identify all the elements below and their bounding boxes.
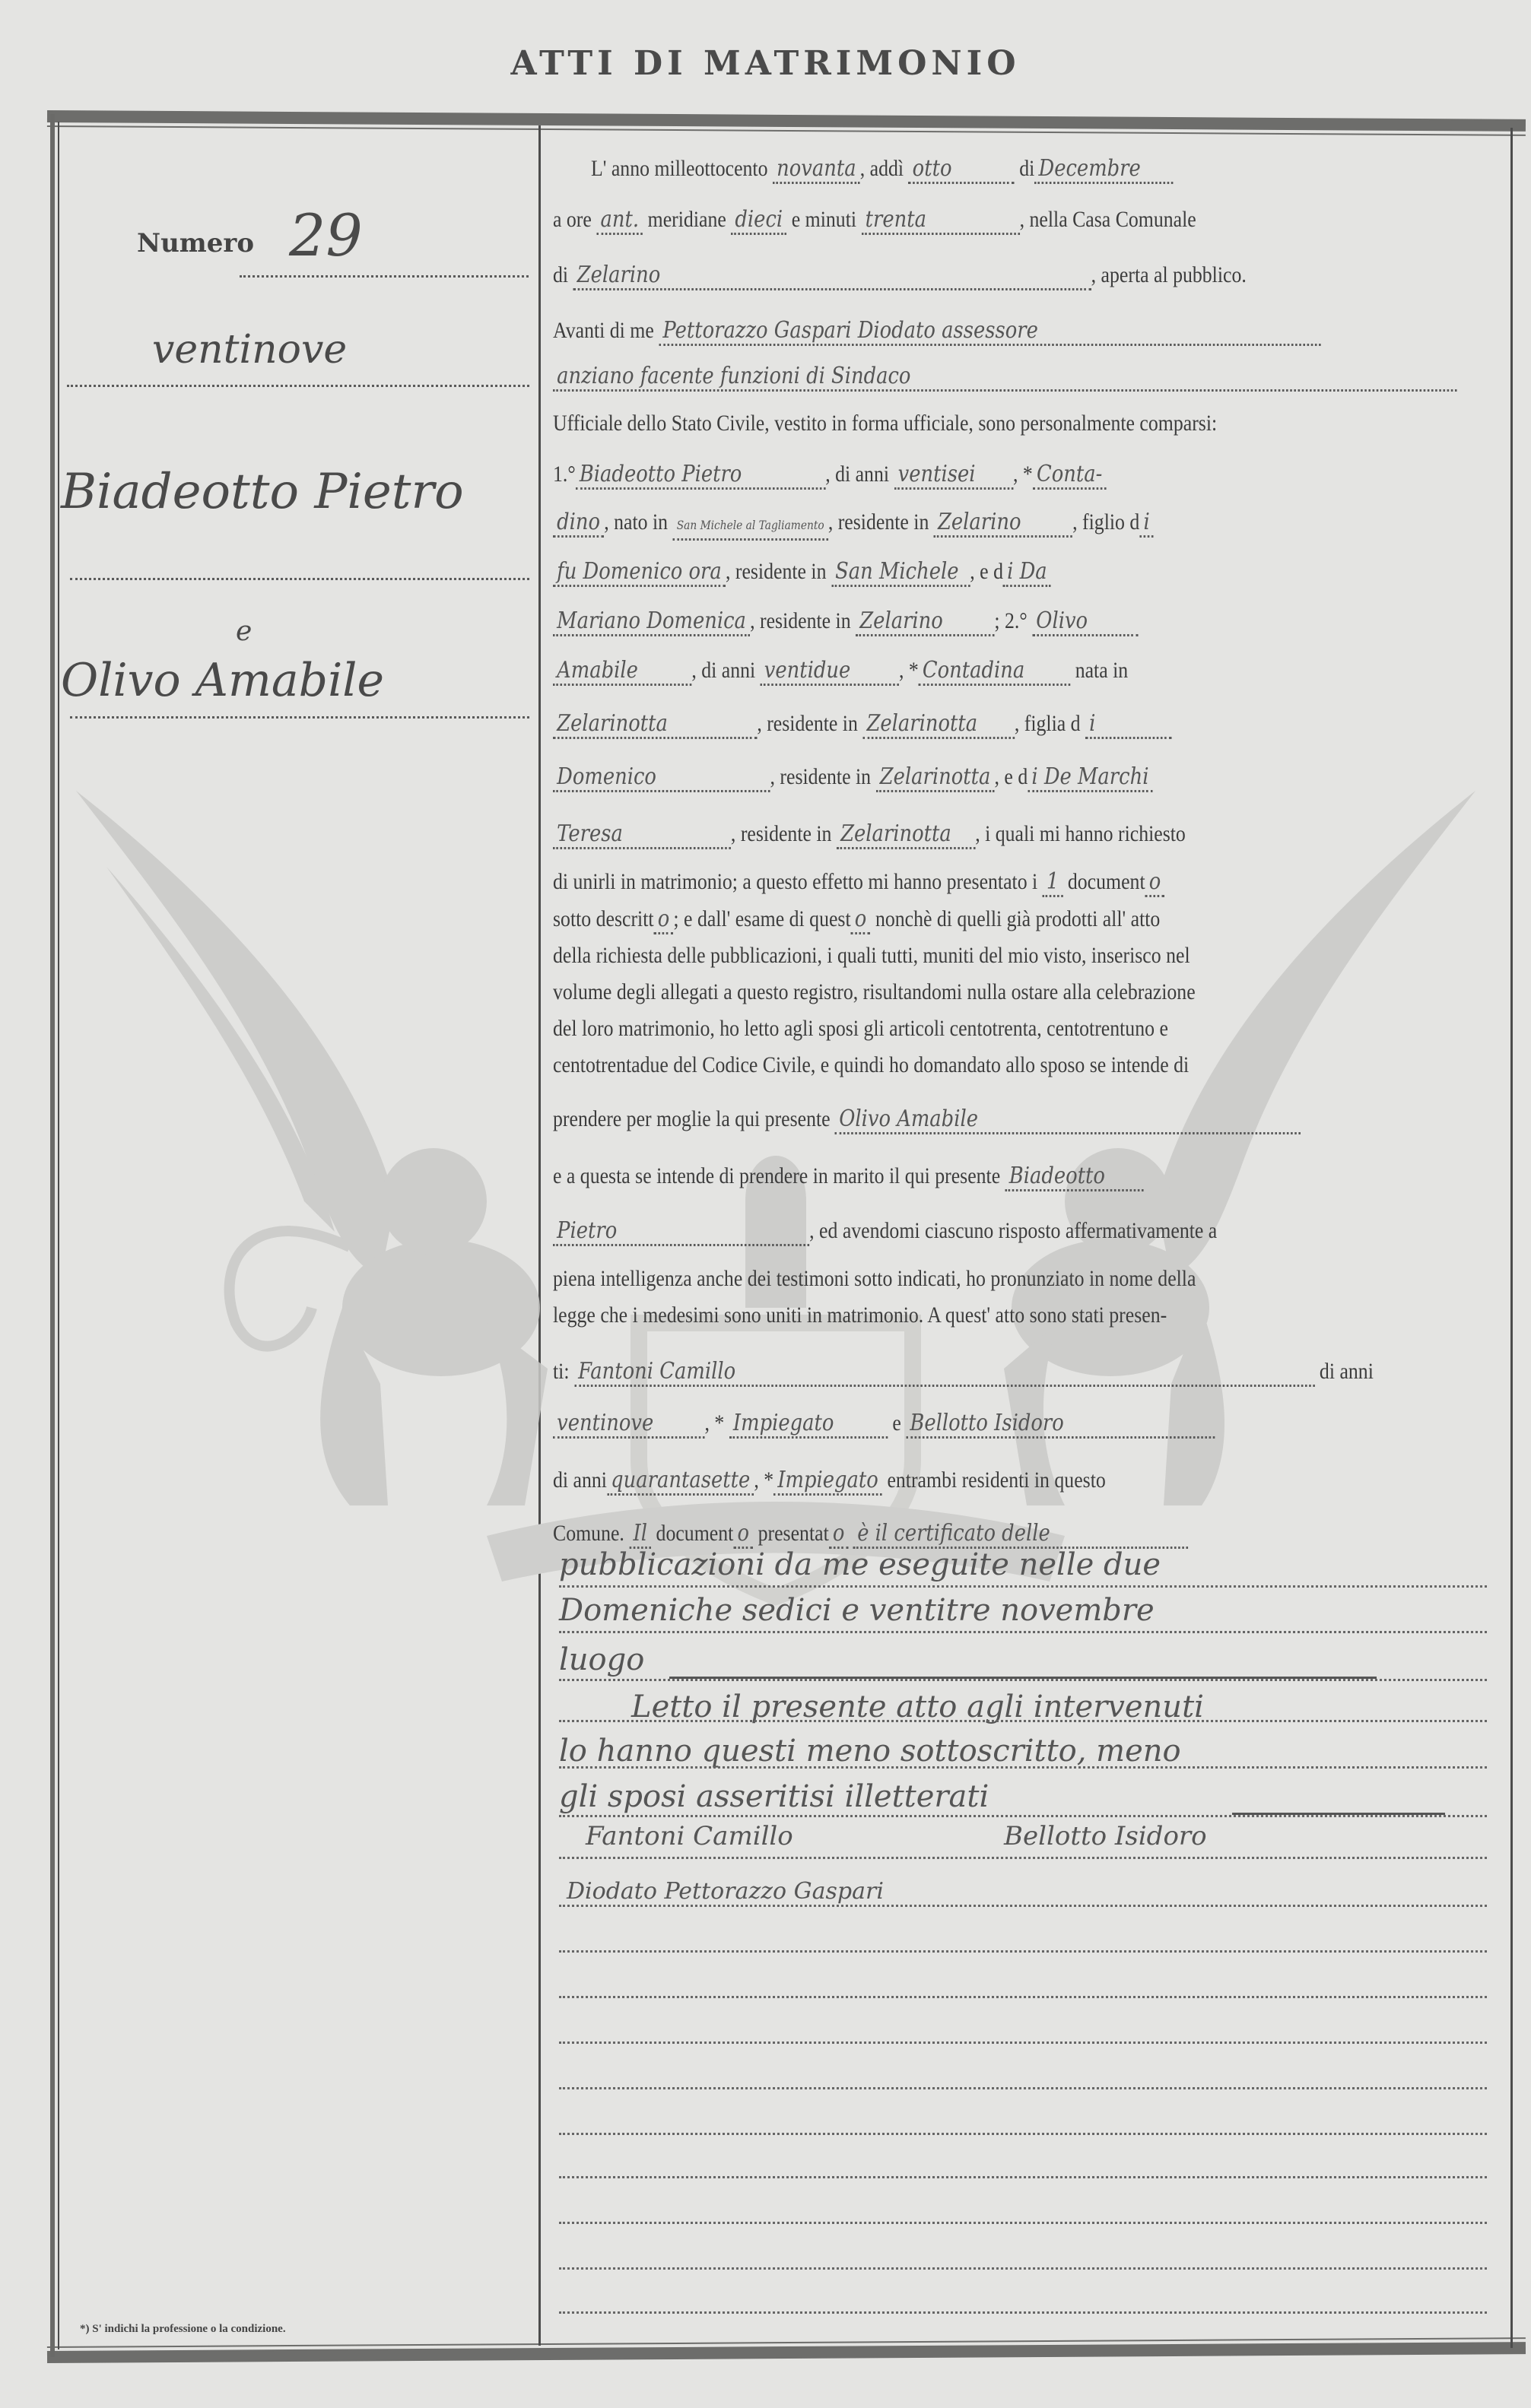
record-line: Avanti di me Pettorazzo Gaspari Diodato … (553, 318, 1371, 346)
column-divider (538, 125, 541, 2346)
numero-value: 29 (289, 201, 363, 269)
field-groom-presente-cont: Pietro (553, 1218, 809, 1246)
numero-dotted-line (240, 275, 529, 278)
handwritten-continuation-line: gli sposi asseritisi illetterati (559, 1779, 989, 1814)
record-line: di Zelarino, aperta al pubblico. (553, 262, 1371, 290)
field-bride-surname: Olivo (1032, 608, 1138, 636)
record-line: ventinove, * Impiegato e Bellotto Isidor… (553, 1410, 1371, 1439)
blank-ruled-line (559, 1996, 1487, 1998)
blank-ruled-line (559, 2042, 1487, 2044)
record-line: e a questa se intende di prendere in mar… (553, 1163, 1371, 1191)
ruled-line (559, 1585, 1487, 1588)
field-officiant: Pettorazzo Gaspari Diodato assessore (659, 318, 1320, 346)
field-hour: dieci (731, 207, 786, 235)
field-document-count: 1 (1043, 869, 1063, 897)
record-line: Zelarinotta, residente in Zelarinotta, f… (553, 711, 1371, 739)
field-bride-presente: Olivo Amabile (835, 1106, 1301, 1134)
field-bride-residence: Zelarinotta (862, 711, 1015, 739)
record-line: fu Domenico ora, residente in San Michel… (553, 559, 1371, 587)
ruled-line (559, 1766, 1487, 1769)
ruled-line (559, 1631, 1487, 1633)
blank-ruled-line (559, 2176, 1487, 2178)
field-minutes: trenta (861, 207, 1019, 235)
ruled-line (559, 1905, 1487, 1907)
field-officiant-role: anziano facente funzioni di Sindaco (553, 363, 1457, 392)
register-title: ATTI DI MATRIMONIO (0, 44, 1531, 83)
frame-right-border (1510, 128, 1513, 2348)
record-line: Ufficiale dello Stato Civile, vestito in… (553, 411, 1371, 436)
record-line: legge che i medesimi sono uniti in matri… (553, 1302, 1371, 1328)
record-line: sotto descritto; e dall' esame di questo… (553, 906, 1371, 934)
record-line: Comune. Il documento presentato è il cer… (553, 1521, 1371, 1549)
field-bride-age: ventidue (761, 658, 899, 686)
field-groom-father-residence: San Michele (831, 559, 970, 587)
record-line: Domenico, residente in Zelarinotta, e di… (553, 764, 1371, 792)
record-line: volume degli allegati a questo registro,… (553, 979, 1371, 1005)
record-line: anziano facente funzioni di Sindaco (553, 363, 1371, 392)
field-bride-father-prefix: i (1085, 711, 1172, 739)
spouse-1-dotted-line (70, 578, 529, 580)
record-line: Mariano Domenica, residente in Zelarino;… (553, 608, 1371, 636)
record-line: Pietro, ed avendomi ciascuno risposto af… (553, 1218, 1371, 1246)
footnote: *) S' indichi la professione o la condiz… (80, 2323, 286, 2336)
handwritten-continuation-line: Domeniche sedici e ventitre novembre (559, 1593, 1155, 1628)
record-line: di unirli in matrimonio; a questo effett… (553, 869, 1371, 897)
blank-ruled-line (559, 2267, 1487, 2270)
ruled-line (559, 1815, 1487, 1817)
record-line: a ore ant. meridiane dieci e minuti tren… (553, 207, 1371, 235)
record-line: del loro matrimonio, ho letto agli sposi… (553, 1016, 1371, 1042)
field-groom-presente: Biadeotto (1005, 1163, 1144, 1191)
signature-officiant: Diodato Pettorazzo Gaspari (567, 1878, 884, 1905)
field-bride-name: Amabile (553, 658, 691, 686)
numero-label: Numero (137, 228, 254, 259)
field-groom-profession-cont: dino (553, 509, 604, 538)
frame-top-border (47, 110, 1526, 132)
blank-ruled-line (559, 2133, 1487, 2135)
field-bride-birthplace: Zelarinotta (553, 711, 757, 739)
handwritten-continuation-line: luogo (559, 1642, 644, 1677)
conjunction-e: e (236, 616, 252, 647)
record-line: della richiesta delle pubblicazioni, i q… (553, 943, 1371, 969)
field-comune: Zelarino (573, 262, 1091, 290)
blank-ruled-line (559, 2087, 1487, 2089)
frame-bottom-border (47, 2342, 1526, 2363)
ruled-line (559, 1679, 1487, 1681)
field-groom-residence: Zelarino (934, 509, 1072, 538)
handwritten-continuation-line: lo hanno questi meno sottoscritto, meno (559, 1734, 1181, 1769)
numero-words-dotted-line (67, 385, 529, 387)
spouse-2-name: Olivo Amabile (61, 654, 384, 707)
field-groom-birthplace: San Michele al Tagliamento (673, 512, 828, 541)
field-bride-mother-residence: Zelarinotta (837, 821, 975, 849)
field-witness-2-age: quarantasette (607, 1467, 754, 1496)
field-descritt-suffix: o (654, 906, 674, 934)
field-year: novanta (773, 156, 860, 184)
blank-ruled-line (559, 1950, 1487, 1953)
field-bride-profession: Contadina (919, 658, 1071, 686)
ruled-line (559, 1857, 1487, 1859)
field-bride-father-residence: Zelarinotta (876, 764, 995, 792)
field-groom-mother-residence: Zelarino (856, 608, 994, 636)
field-groom-father: fu Domenico ora (553, 559, 726, 587)
record-line: prendere per moglie la qui presente Oliv… (553, 1106, 1371, 1134)
signature-witness-2: Bellotto Isidoro (1004, 1821, 1207, 1851)
blank-ruled-line (559, 2311, 1487, 2314)
field-groom-profession: Conta- (1033, 462, 1107, 490)
field-witness-1: Fantoni Camillo (574, 1359, 1315, 1387)
field-presentat-suffix: o (829, 1521, 849, 1549)
field-bride-father: Domenico (553, 764, 770, 792)
blank-ruled-line (559, 2222, 1487, 2224)
record-line: Amabile, di anni ventidue, *Contadina na… (553, 658, 1371, 686)
record-line: Teresa, residente in Zelarinotta, i qual… (553, 821, 1371, 849)
record-line: ti: Fantoni Camillo di anni (553, 1359, 1371, 1387)
signature-witness-1: Fantoni Camillo (586, 1821, 793, 1851)
field-witness-1-age: ventinove (553, 1410, 705, 1439)
field-groom-mother: Mariano Domenica (553, 608, 750, 636)
numero-in-words: ventinove (152, 327, 347, 373)
spouse-1-name: Biadeotto Pietro (61, 464, 464, 520)
field-documents-count: Il (629, 1521, 651, 1549)
spouse-2-dotted-line (70, 716, 529, 719)
field-day: otto (909, 156, 1015, 184)
field-groom-father-prefix: i (1139, 509, 1154, 538)
field-bride-mother-name: Teresa (553, 821, 731, 849)
field-witness-2: Bellotto Isidoro (906, 1410, 1215, 1439)
ruled-line (559, 1720, 1487, 1722)
field-witness-1-profession: Impiegato (729, 1410, 888, 1439)
field-document-description: è il certificato delle (853, 1521, 1188, 1549)
field-groom-name: Biadeotto Pietro (576, 462, 826, 490)
field-groom-mother-prefix: i Da (1003, 559, 1051, 587)
field-document-suffix: o (1145, 869, 1165, 897)
field-documents-suffix: o (733, 1521, 753, 1549)
field-bride-mother-surname: i De Marchi (1028, 764, 1152, 792)
field-am-pm: ant. (596, 207, 643, 235)
record-line: dino, nato in San Michele al Tagliamento… (553, 509, 1371, 541)
field-witness-2-profession: Impiegato (773, 1467, 882, 1496)
field-quest-suffix: o (851, 906, 871, 934)
frame-left-border (50, 114, 55, 2357)
record-line: centotrentadue del Codice Civile, e quin… (553, 1052, 1371, 1078)
field-groom-age: ventisei (894, 462, 1013, 490)
record-line: 1.°Biadeotto Pietro, di anni ventisei, *… (553, 462, 1371, 490)
field-month: Decembre (1034, 156, 1173, 184)
record-line: L' anno milleottocento novanta, addì ott… (591, 156, 1409, 184)
handwritten-continuation-line: pubblicazioni da me eseguite nelle due (559, 1547, 1161, 1582)
record-line: di anniquarantasette, *Impiegato entramb… (553, 1467, 1371, 1496)
frame-left-inner-border (58, 122, 59, 2349)
record-line: piena intelligenza anche dei testimoni s… (553, 1266, 1371, 1292)
